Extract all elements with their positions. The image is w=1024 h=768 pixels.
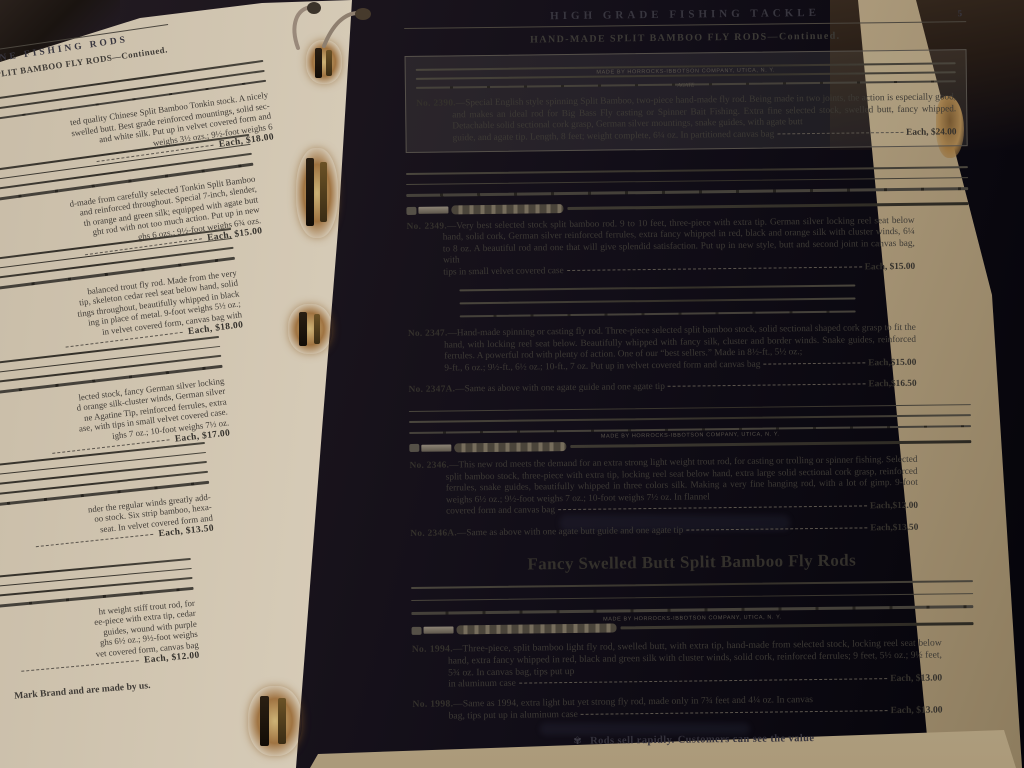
item-price: Each, $24.00: [906, 127, 957, 139]
item-price: Each, $13.00: [890, 673, 942, 686]
dotted-leader: [777, 131, 903, 134]
catalog-item-2346A: No. 2346A. —Same as above with one agate…: [410, 523, 918, 541]
item-price-row: No. 2346A. —Same as above with one agate…: [410, 523, 918, 541]
item-text-tail: —Same as above with one agate guide and …: [455, 382, 665, 396]
item-text-tail: tips in small velvet covered case: [443, 266, 564, 279]
featured-item-box: MADE BY HORROCKS-IBBOTSON COMPANY, UTICA…: [405, 49, 968, 153]
rod-section: [406, 177, 968, 185]
item-text-tail: 9-ft., 6 oz.; 9½-ft., 6½ oz.; 10-ft., 7 …: [444, 359, 760, 374]
item-number: No. 1998.: [412, 699, 453, 710]
rod-section: [406, 187, 968, 196]
item-number: No. 2349.: [407, 221, 447, 231]
dotted-leader: [686, 527, 867, 530]
cork-grip: [451, 204, 563, 214]
catalog-item-2349: No. 2349.—Very best selected stock split…: [407, 215, 916, 279]
rod-section: [460, 297, 856, 304]
item-text: No. 2349.—Very best selected stock split…: [407, 215, 916, 267]
binding-stain: [260, 696, 269, 746]
catalog-photo: FINE FISHING RODS E SPLIT BAMBOO FLY ROD…: [0, 0, 1024, 768]
item-text-body: —Hand-made spinning or casting fly rod. …: [444, 323, 916, 362]
dotted-leader: [567, 266, 862, 271]
item-price: Each, $15.00: [865, 261, 916, 273]
catalog-item-2346: No. 2346.—This new rod meets the demand …: [409, 455, 918, 519]
catalog-item-2347A: No. 2347A. —Same as above with one agate…: [409, 379, 917, 397]
rod-section: [409, 404, 971, 412]
item-text-body: —Three-piece, split bamboo light fly rod…: [448, 637, 942, 678]
rod-illustration: MADE BY HORROCKS-IBBOTSON COMPANY, UTICA…: [409, 404, 971, 453]
dotted-leader: [763, 362, 865, 364]
item-number: No. 2346A.: [410, 528, 457, 540]
rod-shaft: [567, 202, 968, 210]
rod-butt-section: [406, 199, 968, 216]
dotted-leader: [668, 384, 866, 387]
rod-illustration: MADE BY HORROCKS-IBBOTSON COMPANY, UTICA…: [416, 62, 956, 89]
rod-illustration: [406, 166, 968, 215]
binding-stain: [314, 314, 320, 344]
page-number: 5: [957, 8, 962, 18]
rod-butt-cap: [409, 444, 419, 452]
rod-illustration: MADE BY HORROCKS-IBBOTSON COMPANY, UTICA…: [411, 580, 974, 635]
rod-section: [409, 414, 971, 422]
item-number: No. 2347A.: [409, 385, 456, 397]
item-text-body: —This new rod meets the demand for an ex…: [446, 455, 918, 505]
catalog-item-2390: No. 2390.—Special English style spinning…: [416, 92, 957, 145]
rod-illustration: [459, 285, 855, 318]
reel-seat: [424, 627, 454, 634]
dotted-leader: [558, 506, 867, 511]
item-text-tail: in aluminum case: [448, 678, 516, 691]
rod-butt-cap: [412, 627, 422, 635]
catalog-item-1998: No. 1998.—Same as 1994, extra light but …: [412, 693, 942, 723]
item-number: No. 2346.: [409, 461, 449, 471]
item-number: No. 2347.: [408, 329, 448, 339]
ornament-icon: ✾: [573, 736, 582, 747]
item-text-tail: covered form and canvas bag: [446, 505, 555, 518]
page-title: HIGH GRADE FISHING TACKLE: [550, 7, 820, 22]
item-price: Each,$13.50: [870, 523, 918, 535]
rod-section: [411, 580, 973, 588]
binding-stain: [306, 158, 314, 226]
binding-hole: [248, 686, 302, 756]
item-text-tail: bag, tips put up in aluminum case: [449, 709, 578, 722]
dotted-leader: [581, 710, 888, 715]
item-price-row: No. 2347A. —Same as above with one agate…: [409, 379, 917, 397]
item-text-body: —Special English style spinning Split Ba…: [452, 92, 956, 131]
rod-shaft: [570, 440, 971, 448]
rod-section: [460, 310, 856, 317]
rod-section: [406, 166, 968, 174]
right-page-content: HIGH GRADE FISHING TACKLE 5 HAND-MADE SP…: [404, 5, 975, 749]
rod-shaft: [621, 622, 974, 629]
item-text: No. 2346.—This new rod meets the demand …: [409, 455, 918, 507]
item-price: Each, $13.00: [891, 705, 943, 718]
item-price: Each,$15.00: [868, 357, 916, 369]
catalog-item-2347: No. 2347.—Hand-made spinning or casting …: [408, 323, 917, 375]
binding-stain: [278, 698, 286, 744]
item-number: No. 2390.: [416, 98, 456, 108]
cork-grip: [454, 442, 566, 452]
agate-label: AGATE: [416, 79, 956, 92]
reel-seat: [421, 444, 451, 451]
item-text-tail: —Same as above with one agate butt guide…: [457, 525, 684, 539]
item-number: No. 1994.: [412, 643, 453, 655]
binding-hole: [296, 148, 338, 238]
binding-stain: [299, 312, 307, 346]
item-price: Each,$16.50: [868, 379, 916, 391]
binding-hole: [288, 304, 332, 354]
binding-stain: [320, 162, 327, 222]
section-heading: Fancy Swelled Butt Split Bamboo Fly Rods: [411, 549, 973, 576]
rod-section: [459, 285, 855, 291]
rod-butt-cap: [406, 206, 416, 214]
section-subtitle: HAND-MADE SPLIT BAMBOO FLY RODS—Continue…: [404, 29, 966, 47]
reel-seat: [418, 207, 448, 214]
item-price: Each,$12.00: [870, 501, 918, 513]
binding-string: [240, 0, 400, 60]
catalog-item-1994: No. 1994.—Three-piece, split bamboo ligh…: [412, 637, 943, 691]
item-text-body: —Very best selected stock split bamboo r…: [443, 215, 915, 265]
rod-section: [411, 593, 973, 601]
dotted-leader: [519, 679, 887, 685]
cork-grip: [457, 624, 617, 635]
